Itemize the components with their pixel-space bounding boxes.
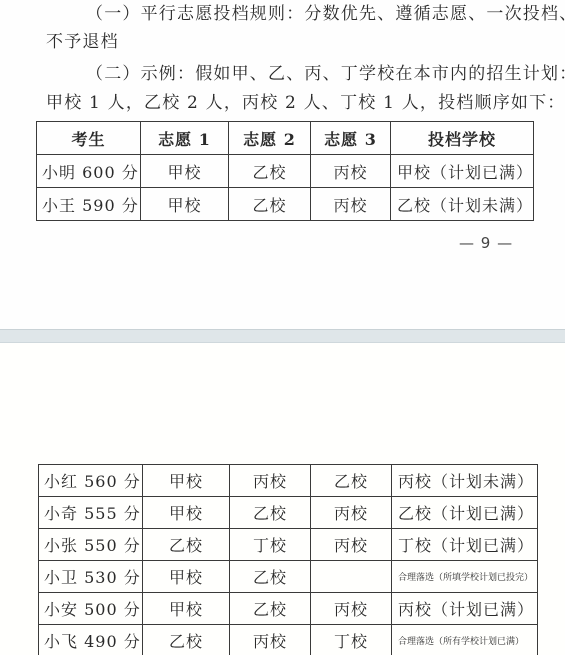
cell-choice-3: 乙校 [311, 465, 392, 497]
page-separator [0, 329, 565, 343]
cell-choice-3: 丙校 [311, 497, 392, 529]
cell-choice-2: 乙校 [229, 155, 311, 188]
cell-result: 丙校（计划已满） [392, 593, 538, 625]
cell-student: 小卫 530 分 [39, 561, 143, 593]
document-page-top: （一）平行志愿投档规则：分数优先、遵循志愿、一次投档、 不予退档 （二）示例：假… [0, 0, 565, 329]
cell-result: 乙校（计划已满） [392, 497, 538, 529]
header-student: 考生 [37, 122, 141, 155]
cell-choice-1: 乙校 [143, 625, 230, 655]
cell-student: 小安 500 分 [39, 593, 143, 625]
cell-result: 丁校（计划已满） [392, 529, 538, 561]
table-row: 小奇 555 分 甲校 乙校 丙校 乙校（计划已满） [39, 497, 538, 529]
cell-choice-2: 乙校 [229, 188, 311, 221]
cell-choice-1: 甲校 [143, 593, 230, 625]
table-row: 小张 550 分 乙校 丁校 丙校 丁校（计划已满） [39, 529, 538, 561]
cell-choice-3: 丙校 [311, 529, 392, 561]
cell-student: 小王 590 分 [37, 188, 141, 221]
table-row: 小红 560 分 甲校 丙校 乙校 丙校（计划未满） [39, 465, 538, 497]
header-admitted-school: 投档学校 [391, 122, 534, 155]
cell-choice-2: 乙校 [230, 561, 311, 593]
cell-choice-2: 丁校 [230, 529, 311, 561]
table-row: 小卫 530 分 甲校 乙校 合理落选（所填学校计划已投完） [39, 561, 538, 593]
header-choice-3: 志愿 3 [311, 122, 391, 155]
table-header-row: 考生 志愿 1 志愿 2 志愿 3 投档学校 [37, 122, 534, 155]
cell-choice-1: 甲校 [141, 188, 229, 221]
cell-result: 合理落选（所有学校计划已满） [392, 625, 538, 655]
cell-choice-3 [311, 561, 392, 593]
paragraph-rules-continued: 不予退档 [46, 31, 119, 53]
cell-choice-2: 乙校 [230, 497, 311, 529]
cell-student: 小奇 555 分 [39, 497, 143, 529]
header-choice-2: 志愿 2 [229, 122, 311, 155]
cell-student: 小飞 490 分 [39, 625, 143, 655]
cell-choice-3: 丁校 [311, 625, 392, 655]
paragraph-example-continued: 甲校 1 人，乙校 2 人，丙校 2 人、丁校 1 人，投档顺序如下： [46, 92, 565, 114]
cell-choice-3: 丙校 [311, 155, 391, 188]
table-row: 小明 600 分 甲校 乙校 丙校 甲校（计划已满） [37, 155, 534, 188]
cell-choice-2: 丙校 [230, 625, 311, 655]
cell-choice-2: 丙校 [230, 465, 311, 497]
table-row: 小王 590 分 甲校 乙校 丙校 乙校（计划未满） [37, 188, 534, 221]
paragraph-example: （二）示例：假如甲、乙、丙、丁学校在本市内的招生计划： [86, 63, 565, 85]
cell-choice-1: 甲校 [141, 155, 229, 188]
page-number: — 9 — [459, 234, 513, 252]
admission-table-part2: 小红 560 分 甲校 丙校 乙校 丙校（计划未满） 小奇 555 分 甲校 乙… [38, 464, 538, 655]
cell-result: 甲校（计划已满） [391, 155, 534, 188]
table-row: 小飞 490 分 乙校 丙校 丁校 合理落选（所有学校计划已满） [39, 625, 538, 655]
cell-result: 丙校（计划未满） [392, 465, 538, 497]
table-row: 小安 500 分 甲校 乙校 丙校 丙校（计划已满） [39, 593, 538, 625]
cell-choice-2: 乙校 [230, 593, 311, 625]
paragraph-rules: （一）平行志愿投档规则：分数优先、遵循志愿、一次投档、 [86, 3, 565, 25]
cell-student: 小张 550 分 [39, 529, 143, 561]
admission-table-part1: 考生 志愿 1 志愿 2 志愿 3 投档学校 小明 600 分 甲校 乙校 丙校… [36, 121, 534, 221]
cell-result: 合理落选（所填学校计划已投完） [392, 561, 538, 593]
cell-result: 乙校（计划未满） [391, 188, 534, 221]
header-choice-1: 志愿 1 [141, 122, 229, 155]
cell-choice-1: 甲校 [143, 465, 230, 497]
cell-student: 小红 560 分 [39, 465, 143, 497]
cell-choice-1: 甲校 [143, 497, 230, 529]
cell-choice-1: 乙校 [143, 529, 230, 561]
cell-choice-1: 甲校 [143, 561, 230, 593]
cell-choice-3: 丙校 [311, 593, 392, 625]
cell-choice-3: 丙校 [311, 188, 391, 221]
cell-student: 小明 600 分 [37, 155, 141, 188]
